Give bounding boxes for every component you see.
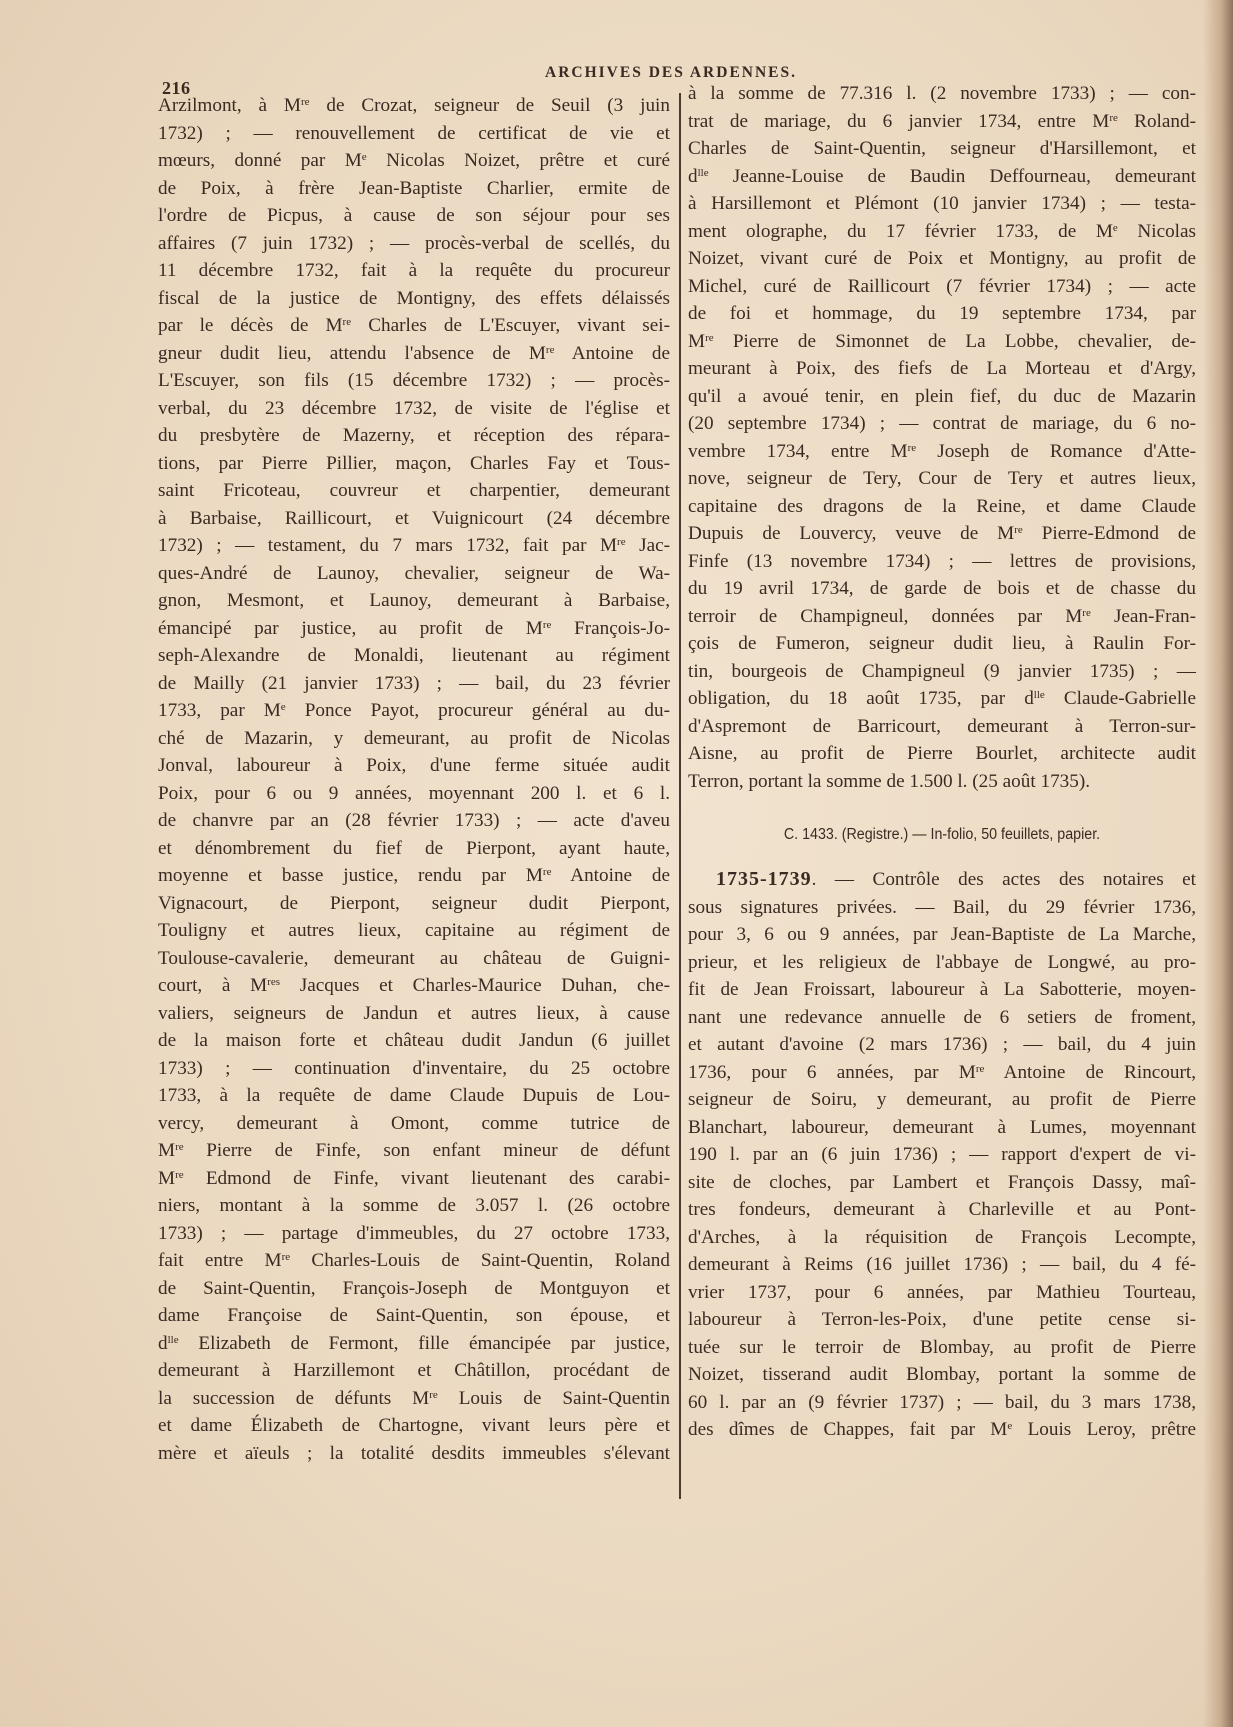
text-line: Mre Pierre de Finfe, son enfant mineur d…	[158, 1137, 670, 1165]
text-line: de foi et hommage, du 19 septembre 1734,…	[688, 300, 1196, 328]
text-line: tres fondeurs, demeurant à Charleville e…	[688, 1196, 1196, 1224]
text-line: ché de Mazarin, y demeurant, au profit d…	[158, 725, 670, 753]
text-line: trat de mariage, du 6 janvier 1734, entr…	[688, 108, 1196, 136]
text-line: à Harsillemont et Plémont (10 janvier 17…	[688, 190, 1196, 218]
text-line: Mre Edmond de Finfe, vivant lieutenant d…	[158, 1165, 670, 1193]
text-line: pour 3, 6 ou 9 années, par Jean-Baptiste…	[688, 921, 1196, 949]
text-line: valiers, seigneurs de Jandun et autres l…	[158, 1000, 670, 1028]
text-line: affaires (7 juin 1732) ; — procès-verbal…	[158, 230, 670, 258]
text-line: vercy, demeurant à Omont, comme tutrice …	[158, 1110, 670, 1138]
text-line: seph-Alexandre de Monaldi, lieutenant au…	[158, 642, 670, 670]
column-divider	[679, 93, 681, 1499]
text-line: et autant d'avoine (2 mars 1736) ; — bai…	[688, 1031, 1196, 1059]
text-line: Vignacourt, de Pierpont, seigneur dudit …	[158, 890, 670, 918]
text-line: dlle Elizabeth de Fermont, fille émancip…	[158, 1330, 670, 1358]
text-line: ques-André de Launoy, chevalier, seigneu…	[158, 560, 670, 588]
text-line: vrier 1737, pour 6 années, par Mathieu T…	[688, 1279, 1196, 1307]
text-line: çois de Fumeron, seigneur dudit lieu, à …	[688, 630, 1196, 658]
text-line: Noizet, vivant curé de Poix et Montigny,…	[688, 245, 1196, 273]
text-line: Mre Pierre de Simonnet de La Lobbe, chev…	[688, 328, 1196, 356]
text-line: émancipé par justice, au profit de Mre F…	[158, 615, 670, 643]
text-line: de Mailly (21 janvier 1733) ; — bail, du…	[158, 670, 670, 698]
text-line: Blanchart, laboureur, demeurant à Lumes,…	[688, 1114, 1196, 1142]
text-line: (20 septembre 1734) ; — contrat de maria…	[688, 410, 1196, 438]
text-line: mère et aïeuls ; la totalité desdits imm…	[158, 1440, 670, 1468]
text-line: Terron, portant la somme de 1.500 l. (25…	[688, 768, 1196, 796]
text-line: saint Fricoteau, couvreur et charpentier…	[158, 477, 670, 505]
text-line: Finfe (13 novembre 1734) ; — lettres de …	[688, 548, 1196, 576]
text-line: sous signatures privées. — Bail, du 29 f…	[688, 894, 1196, 922]
text-line: 1736, pour 6 années, par Mre Antoine de …	[688, 1059, 1196, 1087]
register-caption: C. 1433. (Registre.) — In-folio, 50 feui…	[708, 821, 1175, 848]
text-line: demeurant à Harzillemont et Châtillon, p…	[158, 1357, 670, 1385]
text-line: Noizet, tisserand audit Blombay, portant…	[688, 1361, 1196, 1389]
text-line: et dame Élizabeth de Chartogne, vivant l…	[158, 1412, 670, 1440]
text-line: de Poix, à frère Jean-Baptiste Charlier,…	[158, 175, 670, 203]
text-line: 1733, par Me Ponce Payot, procureur géné…	[158, 697, 670, 725]
text-line: tin, bourgeois de Champigneul (9 janvier…	[688, 658, 1196, 686]
text-line: d'Aspremont de Barricourt, demeurant à T…	[688, 713, 1196, 741]
text-line: qu'il a avoué tenir, en plein fief, du d…	[688, 383, 1196, 411]
text-line: du presbytère de Mazerny, et réception d…	[158, 422, 670, 450]
text-line: Charles de Saint-Quentin, seigneur d'Har…	[688, 135, 1196, 163]
text-line: obligation, du 18 août 1735, par dlle Cl…	[688, 685, 1196, 713]
entry-date-heading: 1735-1739	[716, 868, 812, 890]
text-line: fait entre Mre Charles-Louis de Saint-Qu…	[158, 1247, 670, 1275]
text-line: Toulouse-cavalerie, demeurant au château…	[158, 945, 670, 973]
text-line: capitaine des dragons de la Reine, et da…	[688, 493, 1196, 521]
text-line: Michel, curé de Raillicourt (7 février 1…	[688, 273, 1196, 301]
text-line: 1732) ; — testament, du 7 mars 1732, fai…	[158, 532, 670, 560]
text-line: site de cloches, par Lambert et François…	[688, 1169, 1196, 1197]
text-line: par le décès de Mre Charles de L'Escuyer…	[158, 312, 670, 340]
right-column-text-after: sous signatures privées. — Bail, du 29 f…	[688, 894, 1196, 1444]
text-line: des dîmes de Chappes, fait par Me Louis …	[688, 1416, 1196, 1444]
text-line: du 19 avril 1734, de garde de bois et de…	[688, 575, 1196, 603]
text-line: d'Arches, à la réquisition de François L…	[688, 1224, 1196, 1252]
text-line: 1732) ; — renouvellement de certificat d…	[158, 120, 670, 148]
text-line: gneur dudit lieu, attendu l'absence de M…	[158, 340, 670, 368]
entry-first-line: 1735-1739. — Contrôle des actes des nota…	[688, 866, 1196, 894]
entry-first-line-text: . — Contrôle des actes des notaires et	[812, 869, 1196, 890]
text-line: 11 décembre 1732, fait à la requête du p…	[158, 257, 670, 285]
text-line: à la somme de 77.316 l. (2 novembre 1733…	[688, 80, 1196, 108]
text-line: nove, seigneur de Tery, Cour de Tery et …	[688, 465, 1196, 493]
text-line: nant une redevance annuelle de 6 setiers…	[688, 1004, 1196, 1032]
text-line: la succession de défunts Mre Louis de Sa…	[158, 1385, 670, 1413]
text-line: gnon, Mesmont, et Launoy, demeurant à Ba…	[158, 587, 670, 615]
text-line: dlle Jeanne-Louise de Baudin Deffourneau…	[688, 163, 1196, 191]
text-line: mœurs, donné par Me Nicolas Noizet, prêt…	[158, 147, 670, 175]
text-line: demeurant à Reims (16 juillet 1736) ; — …	[688, 1251, 1196, 1279]
text-line: tions, par Pierre Pillier, maçon, Charle…	[158, 450, 670, 478]
right-column-text-before: à la somme de 77.316 l. (2 novembre 1733…	[688, 80, 1196, 795]
text-line: et dénombrement du fief de Pierpont, aya…	[158, 835, 670, 863]
text-line: Arzilmont, à Mre de Crozat, seigneur de …	[158, 92, 670, 120]
text-line: fiscal de la justice de Montigny, des ef…	[158, 285, 670, 313]
text-line: de Saint-Quentin, François-Joseph de Mon…	[158, 1275, 670, 1303]
text-line: vembre 1734, entre Mre Joseph de Romance…	[688, 438, 1196, 466]
text-line: 190 l. par an (6 juin 1736) ; — rapport …	[688, 1141, 1196, 1169]
text-line: Dupuis de Louvercy, veuve de Mre Pierre-…	[688, 520, 1196, 548]
text-line: 1733) ; — partage d'immeubles, du 27 oct…	[158, 1220, 670, 1248]
text-line: Jonval, laboureur à Poix, d'une ferme si…	[158, 752, 670, 780]
text-line: L'Escuyer, son fils (15 décembre 1732) ;…	[158, 367, 670, 395]
text-line: prieur, et les religieux de l'abbaye de …	[688, 949, 1196, 977]
text-line: verbal, du 23 décembre 1732, de visite d…	[158, 395, 670, 423]
text-line: niers, montant à la somme de 3.057 l. (2…	[158, 1192, 670, 1220]
text-line: tuée sur le terroir de Blombay, au profi…	[688, 1334, 1196, 1362]
text-line: Aisne, au profit de Pierre Bourlet, arch…	[688, 740, 1196, 768]
text-line: 1733) ; — continuation d'inventaire, du …	[158, 1055, 670, 1083]
text-line: dame Françoise de Saint-Quentin, son épo…	[158, 1302, 670, 1330]
right-column: à la somme de 77.316 l. (2 novembre 1733…	[688, 80, 1196, 1444]
text-line: Touligny et autres lieux, capitaine au r…	[158, 917, 670, 945]
text-line: meurant à Poix, des fiefs de La Morteau …	[688, 355, 1196, 383]
text-line: moyenne et basse justice, rendu par Mre …	[158, 862, 670, 890]
book-spine-shadow	[1203, 0, 1233, 1727]
text-line: 1733, à la requête de dame Claude Dupuis…	[158, 1082, 670, 1110]
text-line: laboureur à Terron-les-Poix, d'une petit…	[688, 1306, 1196, 1334]
text-line: court, à Mres Jacques et Charles-Maurice…	[158, 972, 670, 1000]
text-line: de chanvre par an (28 février 1733) ; — …	[158, 807, 670, 835]
text-line: ment olographe, du 17 février 1733, de M…	[688, 218, 1196, 246]
text-line: fit de Jean Froissart, laboureur à La Sa…	[688, 976, 1196, 1004]
text-line: Poix, pour 6 ou 9 années, moyennant 200 …	[158, 780, 670, 808]
text-line: terroir de Champigneul, données par Mre …	[688, 603, 1196, 631]
text-line: de la maison forte et château dudit Jand…	[158, 1027, 670, 1055]
left-column: Arzilmont, à Mre de Crozat, seigneur de …	[158, 92, 670, 1467]
text-line: 60 l. par an (9 février 1737) ; — bail, …	[688, 1389, 1196, 1417]
text-line: à Barbaise, Raillicourt, et Vuignicourt …	[158, 505, 670, 533]
text-line: seigneur de Soiru, y demeurant, au profi…	[688, 1086, 1196, 1114]
text-line: l'ordre de Picpus, à cause de son séjour…	[158, 202, 670, 230]
